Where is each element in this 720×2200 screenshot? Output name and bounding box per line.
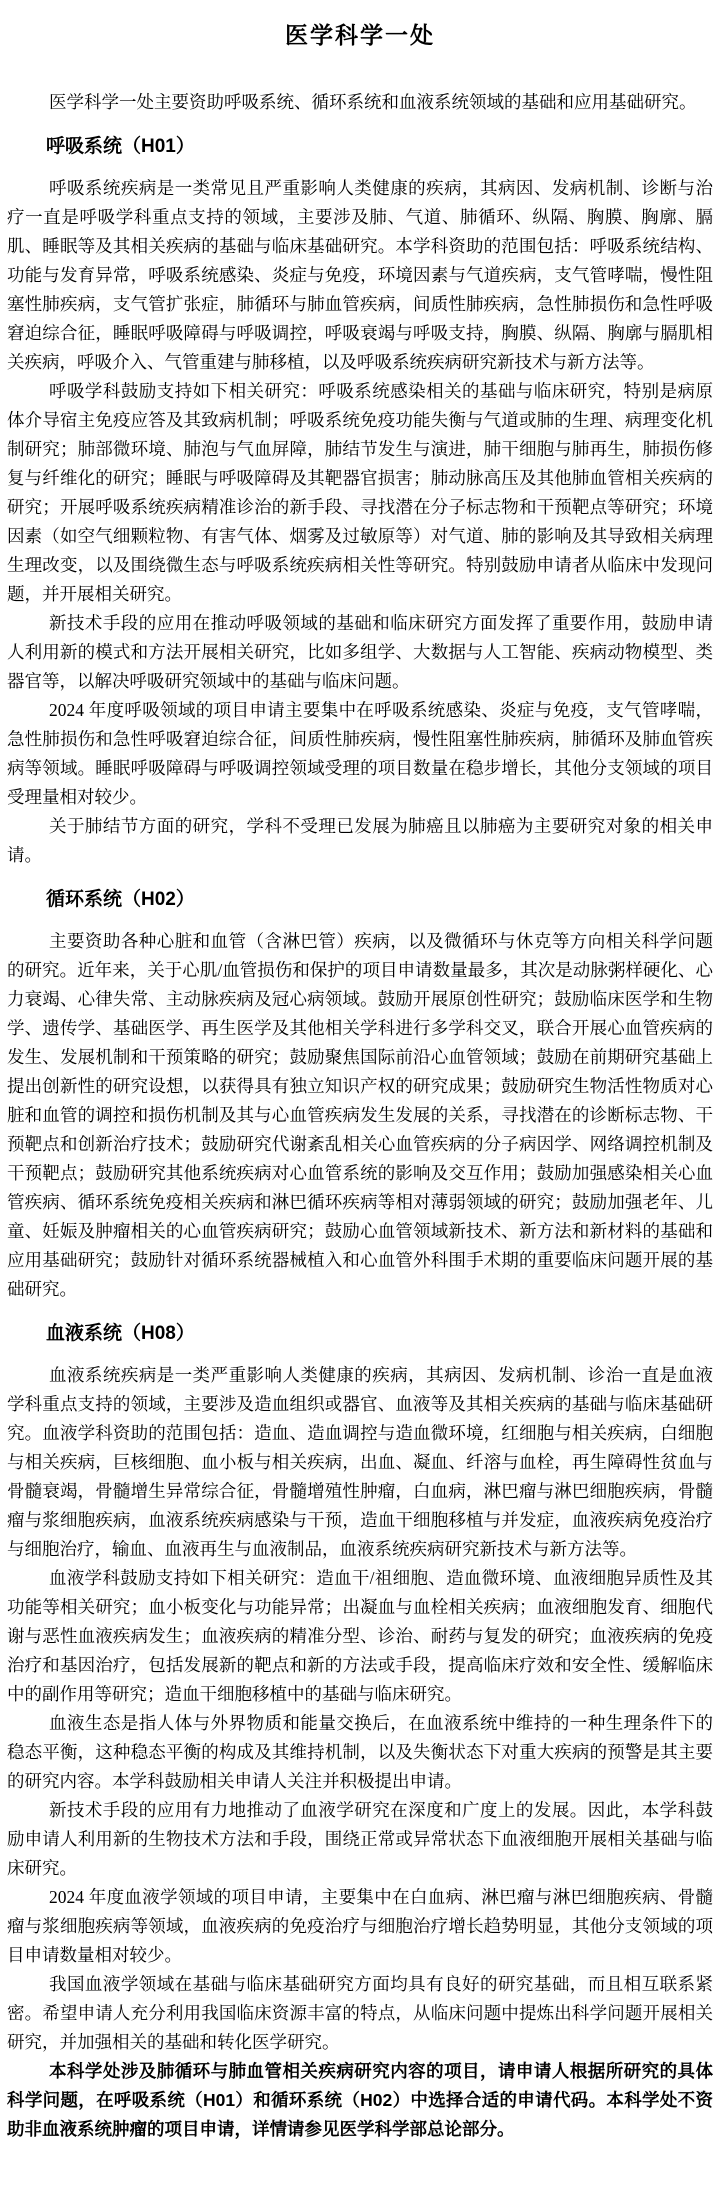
section-respiratory-h01: 呼吸系统（H01） 呼吸系统疾病是一类常见且严重影响人类健康的疾病，其病因、发病…: [7, 132, 713, 870]
h01-paragraph-4: 2024 年度呼吸领域的项目申请主要集中在呼吸系统感染、炎症与免疫，支气管哮喘，…: [7, 696, 713, 812]
intro-paragraph: 医学科学一处主要资助呼吸系统、循环系统和血液系统领域的基础和应用基础研究。: [7, 88, 713, 117]
h01-paragraph-3: 新技术手段的应用在推动呼吸领域的基础和临床研究方面发挥了重要作用，鼓励申请人利用…: [7, 609, 713, 696]
h08-paragraph-6: 我国血液学领域在基础与临床基础研究方面均具有良好的研究基础，而且相互联系紧密。希…: [7, 1970, 713, 2057]
closing-note: 本科学处涉及肺循环与肺血管相关疾病研究内容的项目，请申请人根据所研究的具体科学问…: [7, 2057, 713, 2144]
h08-paragraph-3: 血液生态是指人体与外界物质和能量交换后，在血液系统中维持的一种生理条件下的稳态平…: [7, 1709, 713, 1796]
h08-paragraph-5: 2024 年度血液学领域的项目申请，主要集中在白血病、淋巴瘤与淋巴细胞疾病、骨髓…: [7, 1883, 713, 1970]
h08-paragraph-1: 血液系统疾病是一类严重影响人类健康的疾病，其病因、发病机制、诊治一直是血液学科重…: [7, 1361, 713, 1564]
h01-paragraph-5: 关于肺结节方面的研究，学科不受理已发展为肺癌且以肺癌为主要研究对象的相关申请。: [7, 812, 713, 870]
section-circulatory-h02: 循环系统（H02） 主要资助各种心脏和血管（含淋巴管）疾病，以及微循环与休克等方…: [7, 885, 713, 1304]
h02-paragraph-1: 主要资助各种心脏和血管（含淋巴管）疾病，以及微循环与休克等方向相关科学问题的研究…: [7, 927, 713, 1304]
document-page: 医学科学一处 医学科学一处主要资助呼吸系统、循环系统和血液系统领域的基础和应用基…: [0, 0, 720, 2200]
section-blood-h08: 血液系统（H08） 血液系统疾病是一类严重影响人类健康的疾病，其病因、发病机制、…: [7, 1319, 713, 2057]
document-title: 医学科学一处: [7, 20, 713, 52]
section-heading-h02: 循环系统（H02）: [7, 885, 713, 914]
h01-paragraph-2: 呼吸学科鼓励支持如下相关研究：呼吸系统感染相关的基础与临床研究，特别是病原体介导…: [7, 377, 713, 609]
h01-paragraph-1: 呼吸系统疾病是一类常见且严重影响人类健康的疾病，其病因、发病机制、诊断与治疗一直…: [7, 174, 713, 377]
section-heading-h01: 呼吸系统（H01）: [7, 132, 713, 161]
h08-paragraph-2: 血液学科鼓励支持如下相关研究：造血干/祖细胞、造血微环境、血液细胞异质性及其功能…: [7, 1564, 713, 1709]
h08-paragraph-4: 新技术手段的应用有力地推动了血液学研究在深度和广度上的发展。因此，本学科鼓励申请…: [7, 1796, 713, 1883]
section-heading-h08: 血液系统（H08）: [7, 1319, 713, 1348]
